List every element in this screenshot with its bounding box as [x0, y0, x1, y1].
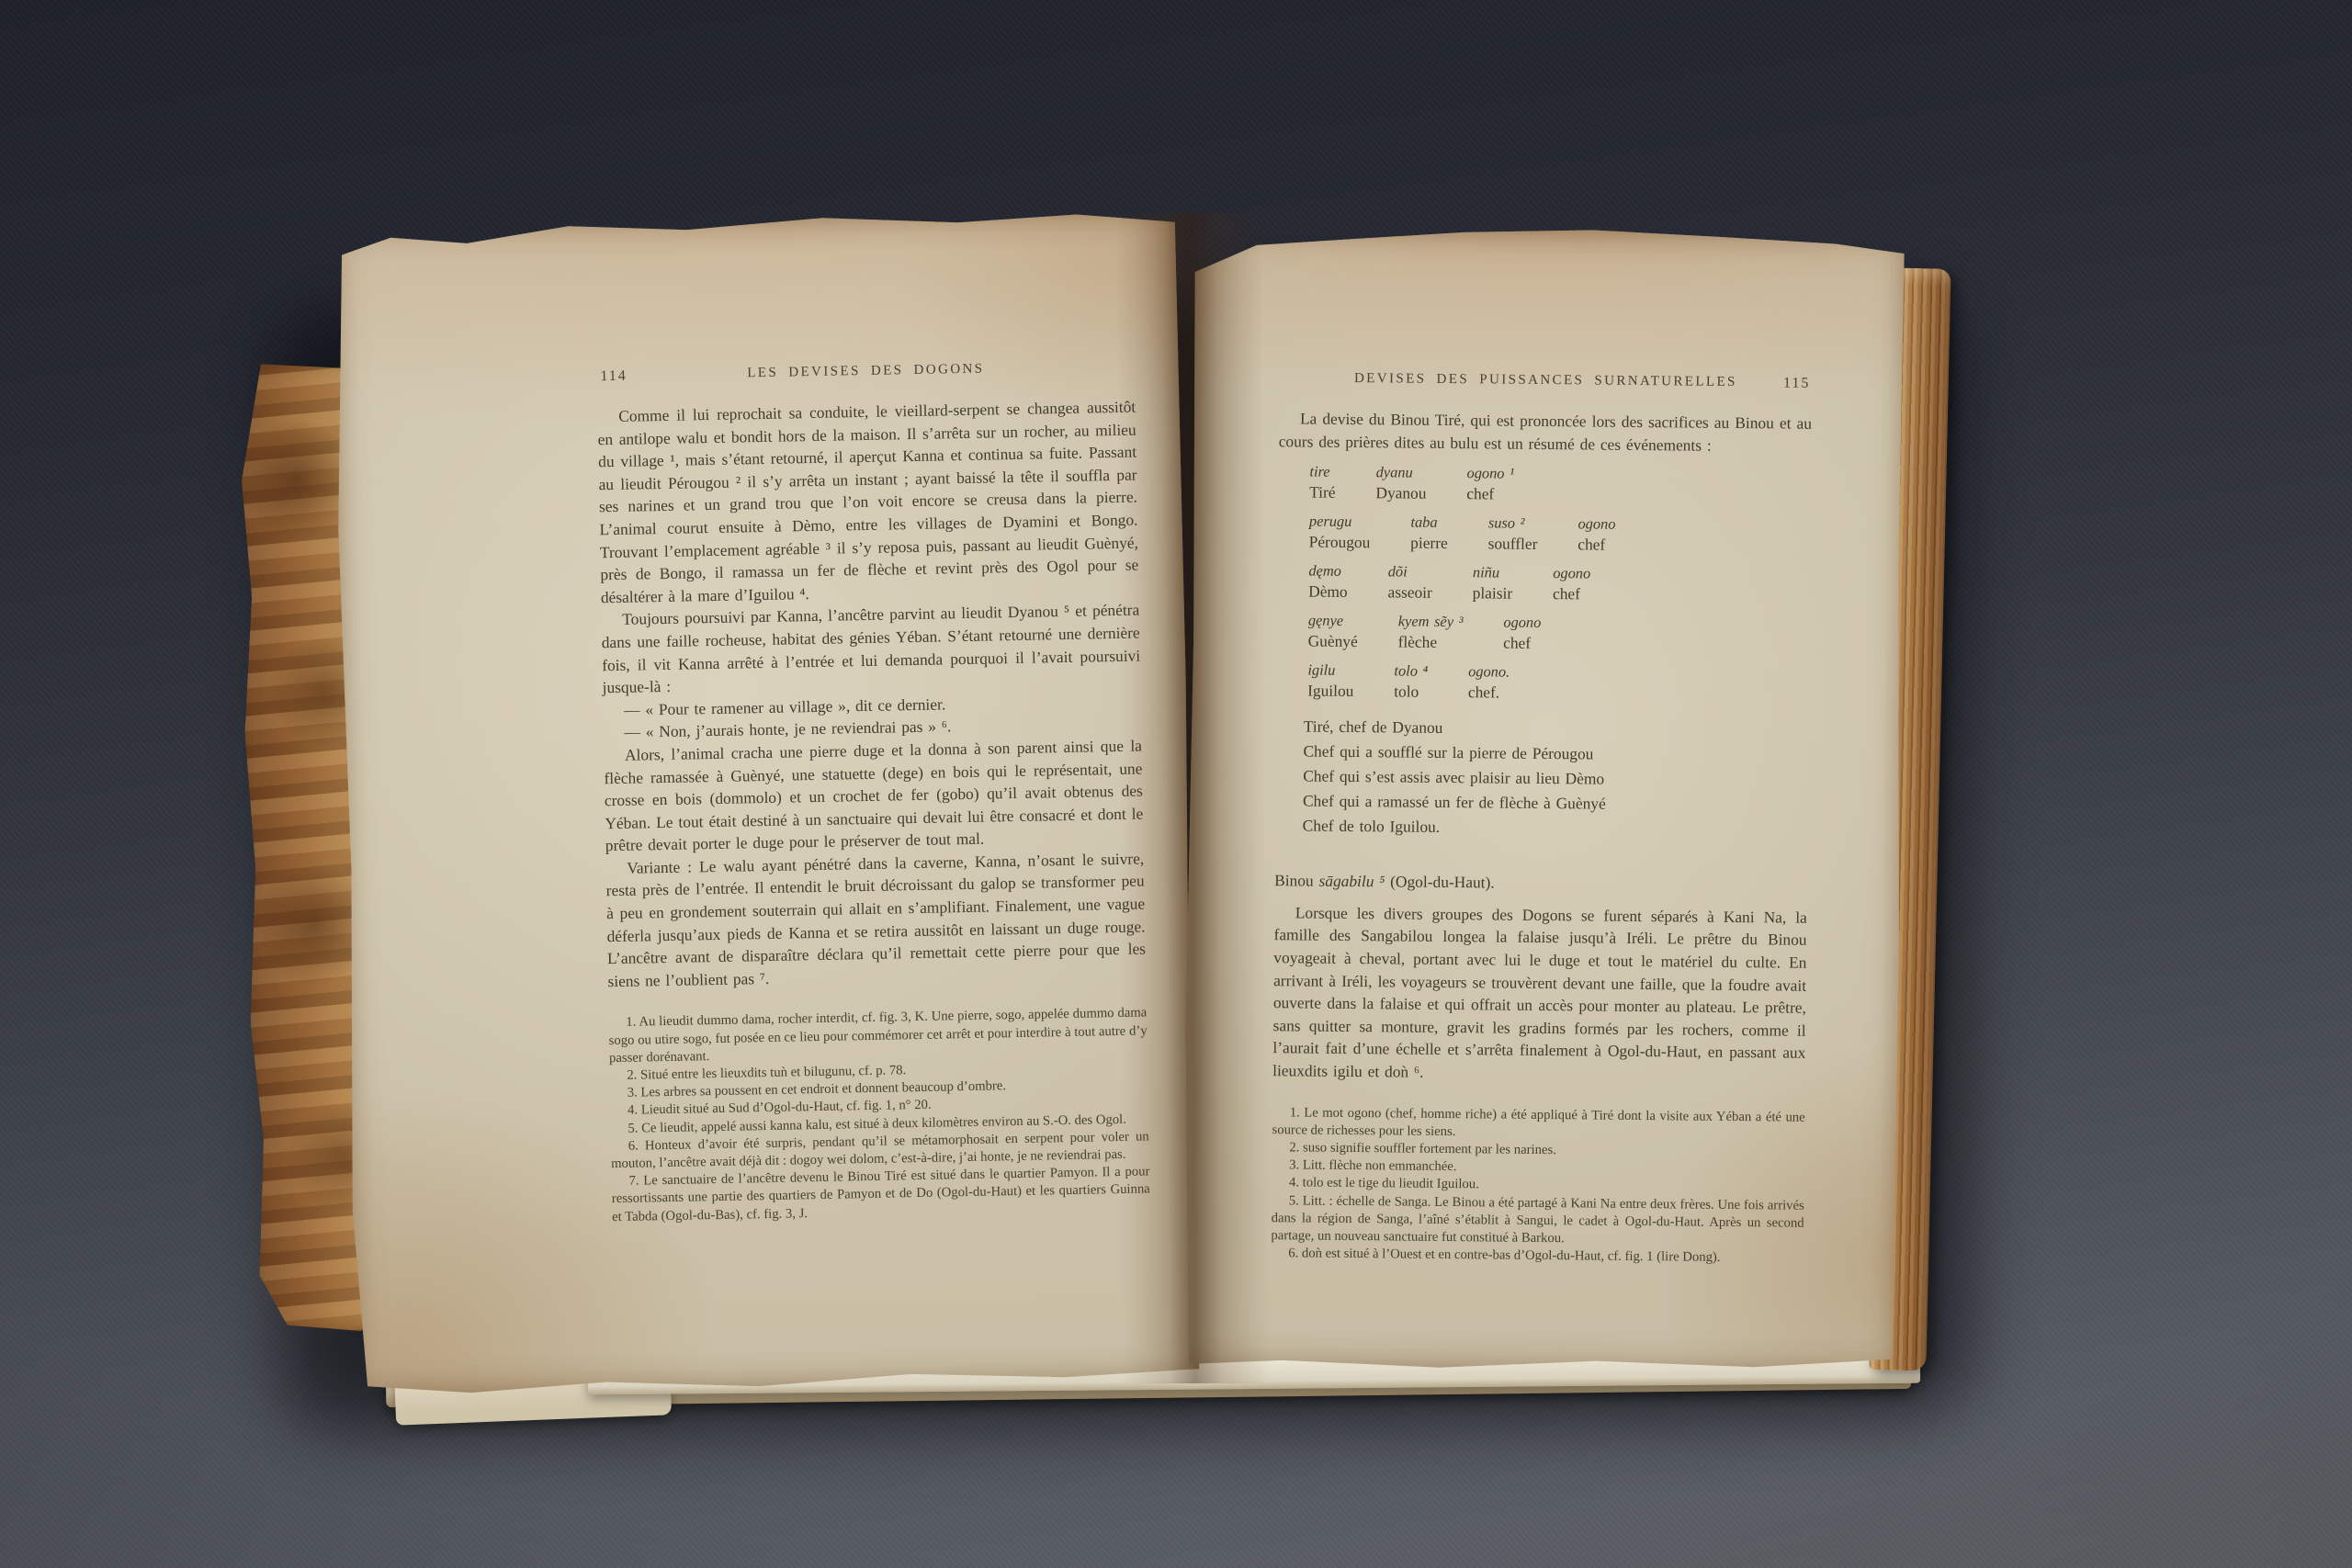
footnote: 4. tolo est le tige du lieudit Iguilou. [1272, 1175, 1804, 1198]
underlying-white-sheet [588, 1352, 1920, 1395]
gloss-word: chef. [1468, 681, 1510, 703]
gloss-word: Tiré [1309, 481, 1336, 503]
gloss-word: Dèmo [1308, 581, 1348, 603]
gloss-word: asseoir [1387, 581, 1432, 604]
footnote: 5. Ce lieudit, appelé aussi kanna kalu, … [610, 1111, 1148, 1138]
body-paragraph: Toujours poursuivi par Kanna, l’ancêtre … [601, 599, 1141, 699]
right-footnotes: 1. Le mot ogono (chef, homme riche) a ét… [1271, 1104, 1805, 1268]
dogon-word: tire [1309, 462, 1336, 481]
dogon-word: taba [1410, 513, 1448, 532]
gloss-word: plaisir [1473, 581, 1513, 604]
body-paragraph: Lorsque les divers groupes des Dogons se… [1272, 901, 1807, 1087]
page-number: 114 [600, 368, 628, 386]
footnote: 4. Lieudit situé au Sud d’Ogol-du-Haut, … [610, 1093, 1148, 1121]
devise-line: gęnyeGuènyé kyem sẽy ³flèche ogonochef [1308, 611, 1810, 657]
body-paragraph: Alors, l’animal cracha une pierre duge e… [604, 734, 1144, 857]
gloss-word: chef [1503, 632, 1541, 654]
dogon-word: dęmo [1308, 561, 1348, 581]
praise-line: Tiré, chef de Dyanou [1304, 715, 1809, 744]
devise-line: peruguPérougou tabapierre suso ²souffler… [1309, 512, 1811, 558]
left-page: 114 LES DEVISES DES DOGONS Comme il lui … [331, 209, 1199, 1399]
footnote: 3. Les arbres sa poussent en cet endroit… [610, 1076, 1148, 1103]
body-paragraph: Variante : Le walu ayant pénétré dans la… [605, 847, 1147, 992]
book-shadow [270, 294, 1973, 1432]
gloss-word: souffler [1488, 533, 1538, 556]
heading-dogon-term: sāgabilu ⁵ [1318, 872, 1385, 891]
footnote: 2. Situé entre les lieuxdits tuǹ et bilu… [609, 1057, 1148, 1085]
footnote: 2. suso signifie souffler fortement par … [1272, 1139, 1804, 1162]
gloss-word: flèche [1398, 631, 1464, 654]
devise-translation: Tiré, chef de Dyanou Chef qui a soufflé … [1303, 715, 1809, 843]
gloss-word: Guènyé [1308, 630, 1358, 653]
gloss-word: tolo [1394, 681, 1428, 703]
dogon-word: ogono [1503, 613, 1541, 632]
right-page: DEVISES DES PUISSANCES SURNATURELLES 115… [1182, 226, 1907, 1377]
dogon-word: niñu [1473, 562, 1513, 581]
footnote: 6. Honteux d’avoir été surpris, pendant … [611, 1128, 1150, 1173]
gloss-word: Iguilou [1307, 680, 1353, 702]
section-heading: Binou sāgabilu ⁵ (Ogol-du-Haut). [1274, 869, 1807, 897]
praise-line: Chef de tolo Iguilou. [1303, 814, 1808, 843]
footnote: 1. Le mot ogono (chef, homme riche) a ét… [1272, 1104, 1804, 1145]
dogon-word: tolo ⁴ [1394, 661, 1428, 681]
footnote: 5. Litt. : échelle de Sanga. Le Binou a … [1271, 1192, 1804, 1250]
praise-line: Chef qui a ramassé un fer de flèche à Gu… [1303, 789, 1808, 818]
dogon-word: ogono [1577, 514, 1615, 534]
dogon-word: ogono [1553, 563, 1590, 582]
devise-intro: La devise du Binou Tiré, qui est prononc… [1279, 407, 1812, 457]
footnote: 6. doǹ est situé à l’Ouest et en contre-… [1271, 1245, 1804, 1268]
left-text-column: 114 LES DEVISES DES DOGONS Comme il lui … [596, 359, 1150, 1226]
left-page-header: 114 LES DEVISES DES DOGONS [596, 359, 1135, 393]
photo-scene: 114 LES DEVISES DES DOGONS Comme il lui … [0, 0, 2352, 1568]
gloss-word: chef [1466, 482, 1514, 504]
right-body-text: La devise du Binou Tiré, qui est prononc… [1272, 407, 1812, 1087]
dogon-word: dyanu [1376, 462, 1427, 482]
left-body-text: Comme il lui reprochait sa conduite, le … [597, 396, 1147, 993]
devise-line: igiluIguilou tolo ⁴tolo ogono.chef. [1307, 660, 1809, 706]
gloss-word: chef [1577, 534, 1615, 556]
footnote: 3. Litt. flèche non emmanchée. [1272, 1156, 1804, 1179]
devise-line: dęmoDèmo dõiasseoir niñuplaisir ogonoche… [1308, 561, 1810, 607]
dogon-word: ogono ¹ [1466, 463, 1514, 482]
body-paragraph: Comme il lui reprochait sa conduite, le … [597, 396, 1139, 609]
book-fore-edge [1869, 267, 1951, 1371]
dogon-word: kyem sẽy ³ [1398, 612, 1464, 632]
dialogue-line: — « Pour te ramener au village », dit ce… [603, 689, 1141, 721]
page-number: 115 [1783, 375, 1811, 391]
praise-line: Chef qui s’est assis avec plaisir au lie… [1303, 764, 1808, 794]
running-title: LES DEVISES DES DOGONS [747, 362, 984, 381]
heading-prefix: Binou [1274, 871, 1319, 889]
worn-spine-edge [234, 361, 405, 1334]
left-footnotes: 1. Au lieudit dummo dama, rocher interdi… [608, 1005, 1150, 1226]
devise-line: tireTiré dyanuDyanou ogono ¹chef [1309, 462, 1811, 508]
dogon-word: ogono. [1468, 661, 1510, 681]
underlying-page-edge [386, 1341, 1912, 1407]
praise-line: Chef qui a soufflé sur la pierre de Péro… [1303, 739, 1808, 769]
dogon-word: suso ² [1488, 513, 1538, 534]
dogon-word: dõi [1388, 562, 1432, 581]
dogon-word: gęnye [1308, 611, 1358, 631]
gloss-word: Pérougou [1309, 531, 1371, 554]
running-title: DEVISES DES PUISSANCES SURNATURELLES [1354, 371, 1737, 389]
devise-interlinear: tireTiré dyanuDyanou ogono ¹chef peruguP… [1307, 462, 1811, 706]
dogon-word: perugu [1309, 512, 1371, 532]
gutter-shadow [1116, 213, 1270, 1384]
right-text-column: DEVISES DES PUISSANCES SURNATURELLES 115… [1271, 370, 1812, 1268]
gloss-word: chef [1553, 582, 1590, 604]
gloss-word: Dyanou [1375, 481, 1426, 504]
underlying-page-corner [394, 1359, 672, 1425]
dogon-word: igilu [1307, 660, 1353, 680]
gloss-word: pierre [1410, 532, 1448, 554]
footnote: 7. Le sanctuaire de l’ancêtre devenu le … [611, 1164, 1150, 1226]
footnote: 1. Au lieudit dummo dama, rocher interdi… [608, 1005, 1148, 1067]
dialogue-line: — « Non, j’aurais honte, je ne reviendra… [603, 712, 1141, 744]
right-page-header: DEVISES DES PUISSANCES SURNATURELLES 115 [1279, 370, 1812, 400]
heading-suffix: (Ogol-du-Haut). [1385, 873, 1495, 892]
